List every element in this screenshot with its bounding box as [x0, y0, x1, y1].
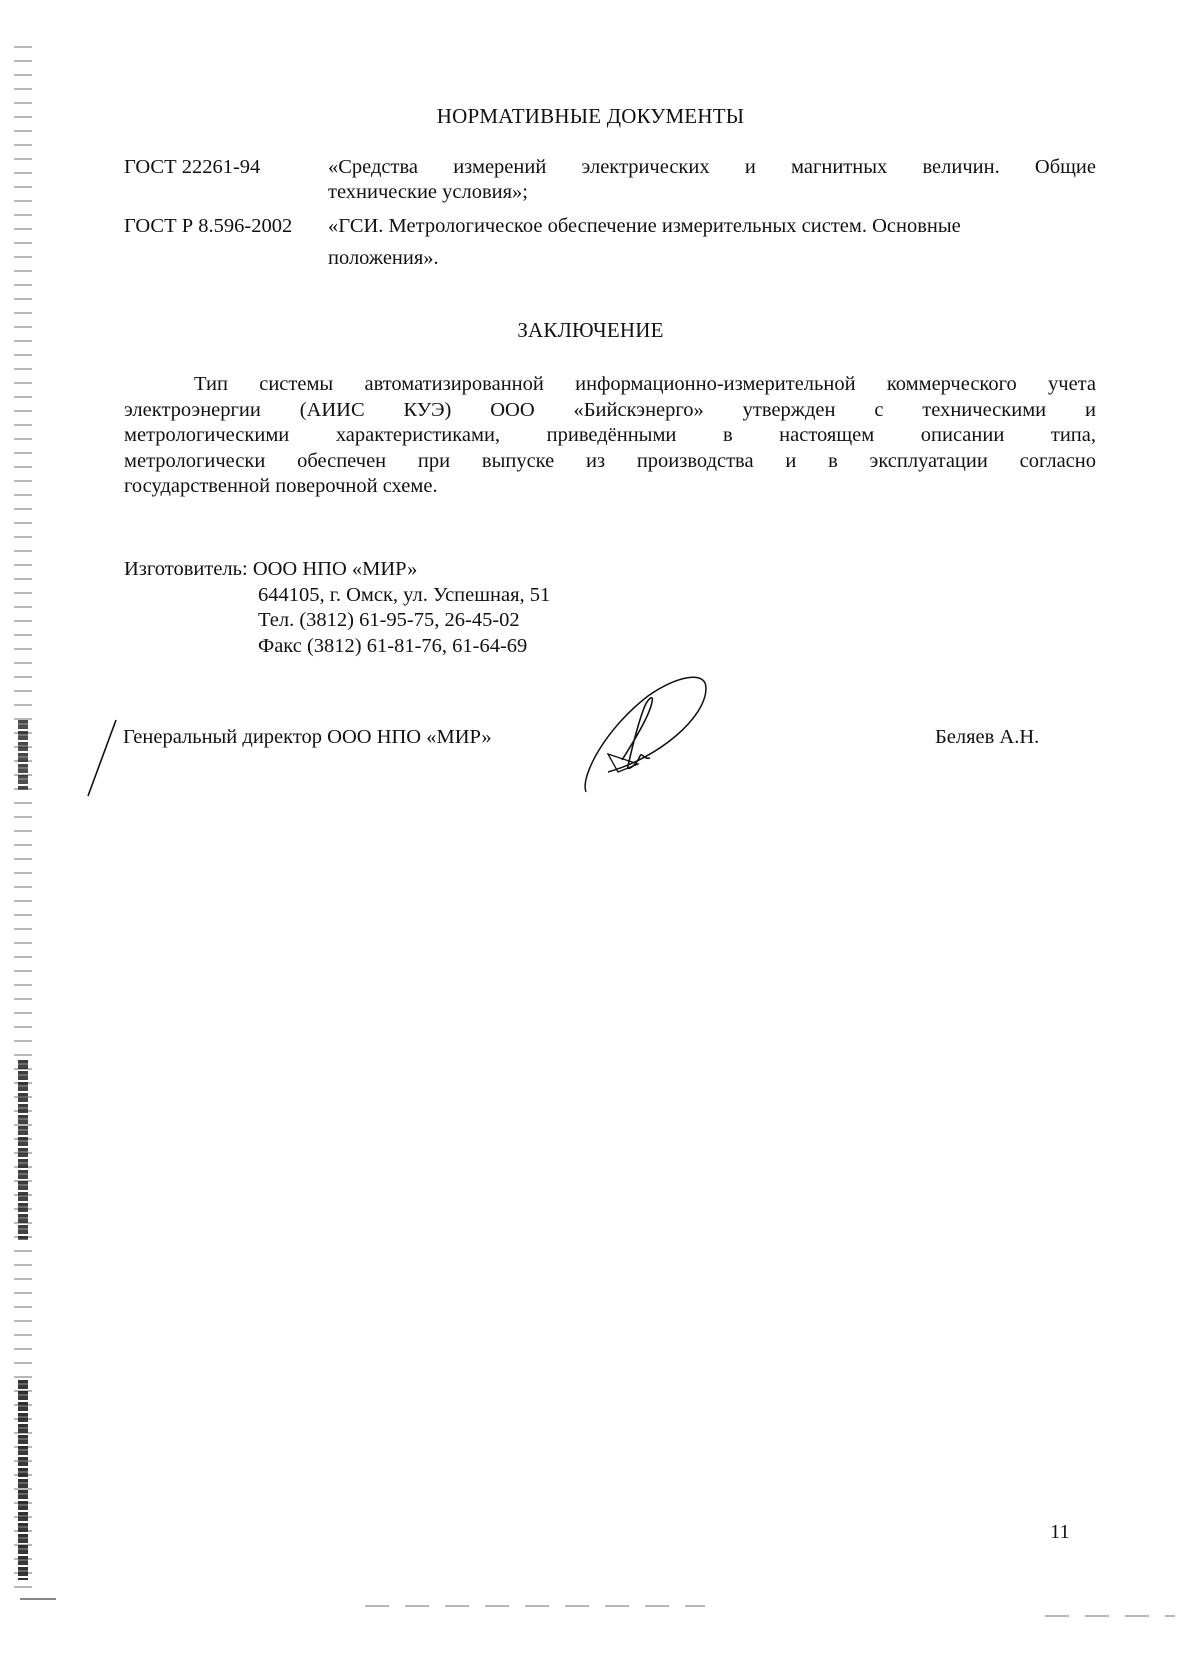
manufacturer-label: Изготовитель: ООО НПО «МИР»: [124, 558, 417, 580]
document-title-line: положения».: [328, 247, 439, 269]
scan-bottom-artifact: [1045, 1615, 1175, 1617]
paragraph-line: метрологически обеспечен при выпуске из …: [124, 449, 1096, 475]
document-title: «ГСИ. Метрологическое обеспечение измери…: [328, 210, 1096, 274]
manufacturer-fax: Факс (3812) 61-81-76, 61-64-69: [258, 634, 527, 660]
manufacturer-address: 644105, г. Омск, ул. Успешная, 51: [258, 583, 550, 609]
page-number: 11: [1050, 1521, 1070, 1544]
paragraph-line: метрологическими характеристиками, приве…: [124, 423, 1096, 449]
document-title-line: «Средства измерений электрических и магн…: [328, 155, 1096, 180]
conclusion-heading: ЗАКЛЮЧЕНИЕ: [0, 318, 1181, 343]
manufacturer-phone: Тел. (3812) 61-95-75, 26-45-02: [258, 608, 520, 634]
manufacturer-block: Изготовитель: ООО НПО «МИР» 644105, г. О…: [124, 557, 417, 583]
signer-name: Беляев А.Н.: [935, 726, 1039, 749]
paragraph-line: Тип системы автоматизированной информаци…: [124, 372, 1096, 398]
document-title-line: технические условия»;: [328, 181, 528, 203]
scan-edge-artifact: [18, 1380, 28, 1580]
document-title-line: «ГСИ. Метрологическое обеспечение измери…: [328, 210, 1096, 242]
paragraph-line: электроэнергии (АИИС КУЭ) ООО «Бийскэнер…: [124, 398, 1096, 424]
slash-mark-icon: [82, 718, 122, 798]
document-title: «Средства измерений электрических и магн…: [328, 155, 1096, 205]
normative-documents-heading: НОРМАТИВНЫЕ ДОКУМЕНТЫ: [0, 104, 1181, 129]
scan-bottom-artifact: [365, 1605, 705, 1607]
paragraph-line: государственной поверочной схеме.: [124, 474, 1096, 500]
document-code: ГОСТ 22261-94: [124, 155, 324, 180]
document-page: НОРМАТИВНЫЕ ДОКУМЕНТЫ ГОСТ 22261-94 «Сре…: [0, 0, 1181, 1657]
scan-edge-artifact: [20, 1598, 56, 1600]
signer-position: Генеральный директор ООО НПО «МИР»: [123, 726, 492, 749]
handwritten-signature-icon: [578, 668, 718, 798]
scan-edge-artifact: [14, 40, 32, 1600]
scan-edge-artifact: [18, 720, 28, 790]
conclusion-paragraph: Тип системы автоматизированной информаци…: [124, 372, 1096, 500]
scan-edge-artifact: [18, 1060, 28, 1240]
document-code: ГОСТ Р 8.596-2002: [124, 210, 324, 242]
